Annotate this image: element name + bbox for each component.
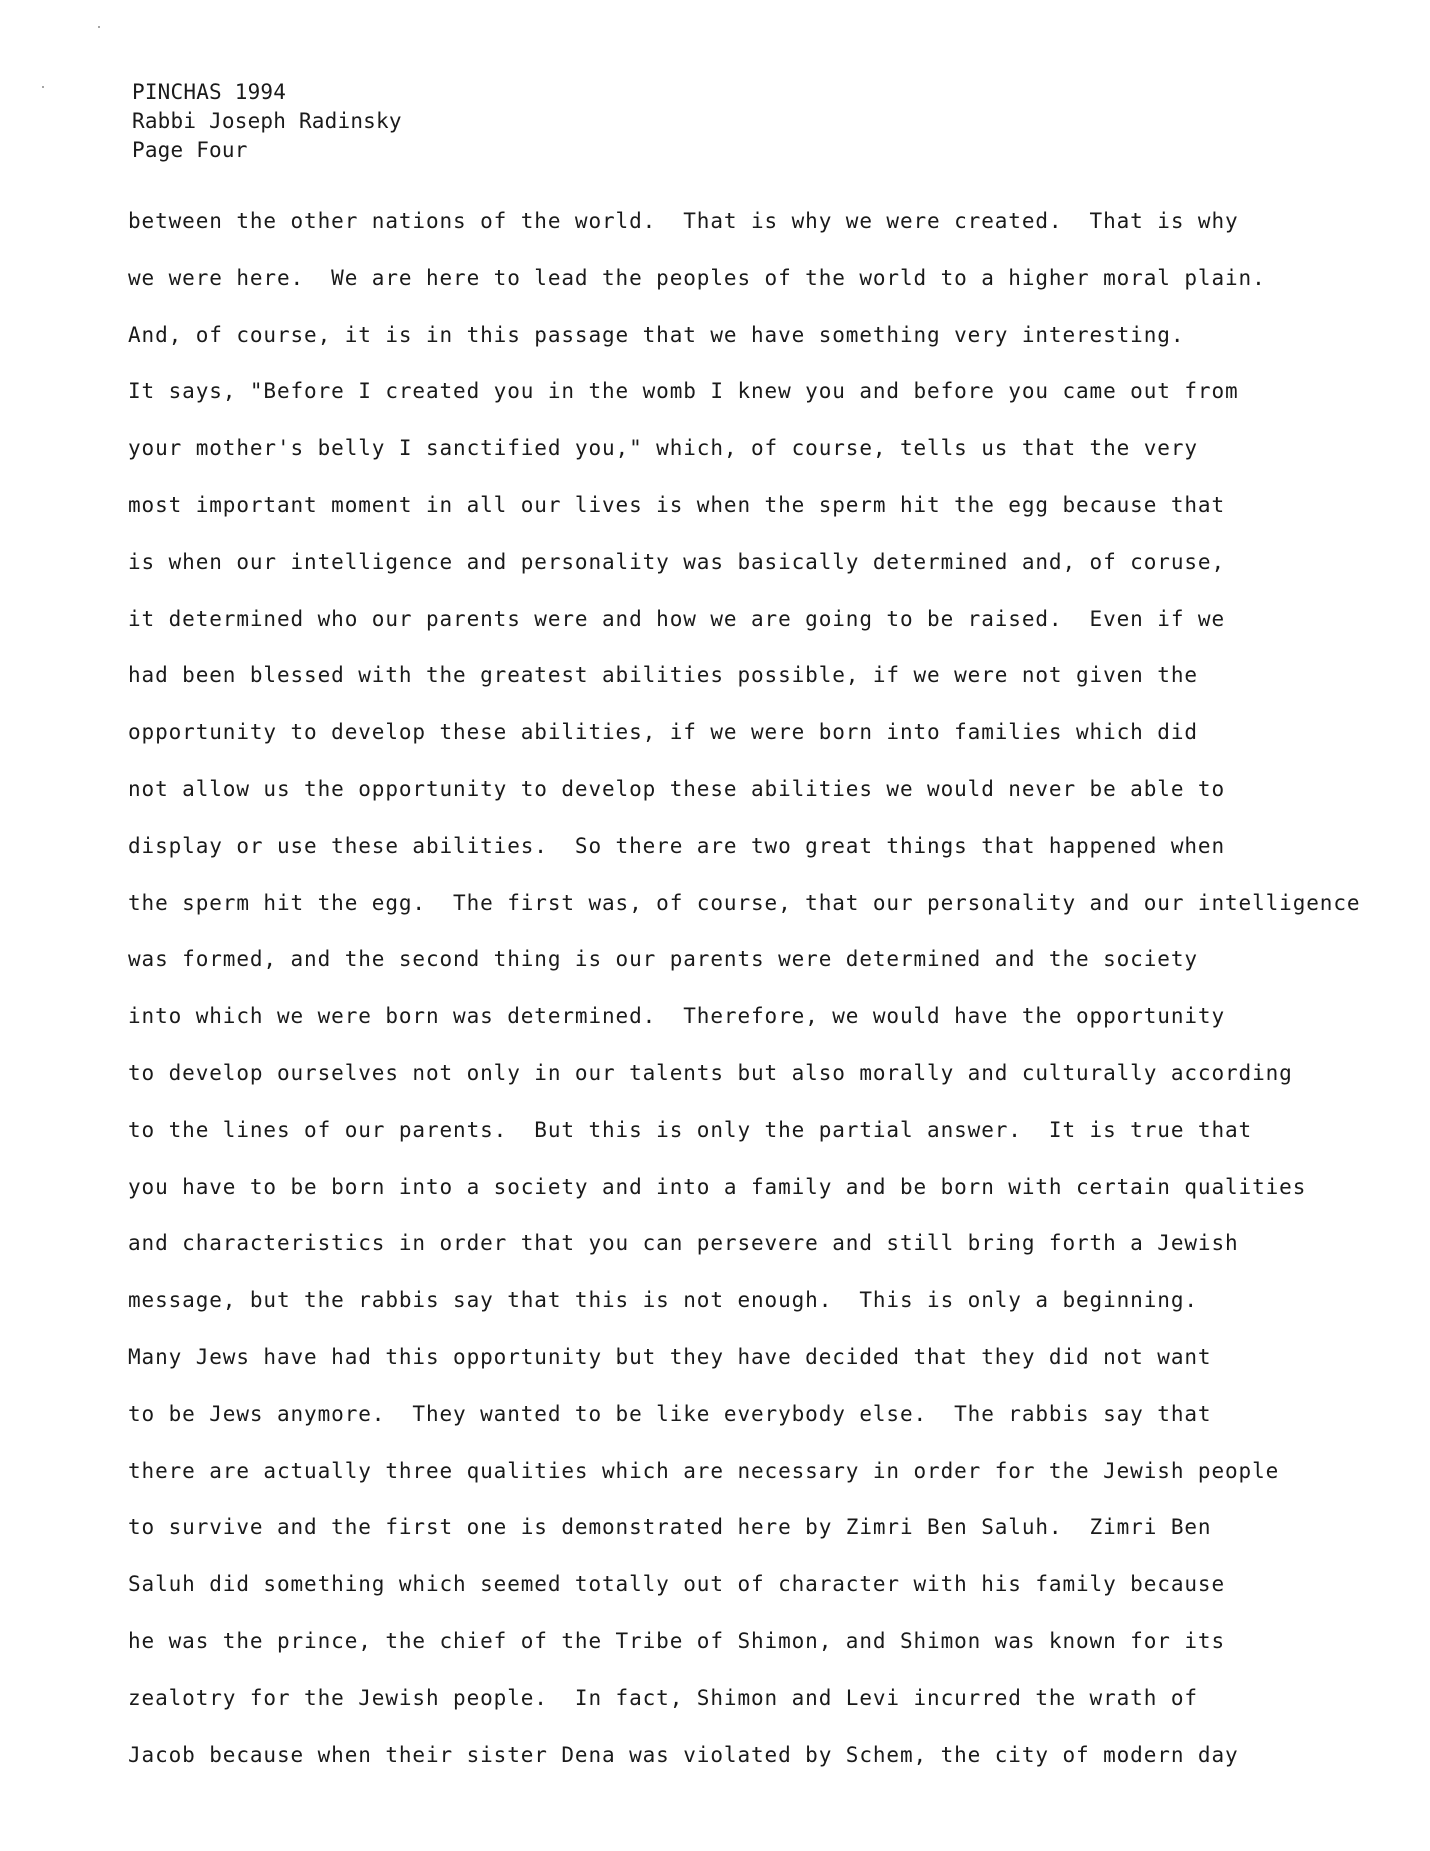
page-label: Page Four [132, 136, 402, 165]
text-line: display or use these abilities. So there… [128, 818, 1360, 875]
document-author: Rabbi Joseph Radinsky [132, 107, 402, 136]
document-title: PINCHAS 1994 [132, 78, 402, 107]
text-line: he was the prince, the chief of the Trib… [128, 1613, 1360, 1670]
text-line: opportunity to develop these abilities, … [128, 704, 1360, 761]
text-line: is when our intelligence and personality… [128, 534, 1360, 591]
document-body: between the other nations of the world. … [128, 193, 1360, 1783]
text-line: zealotry for the Jewish people. In fact,… [128, 1670, 1360, 1727]
text-line: we were here. We are here to lead the pe… [128, 250, 1360, 307]
text-line: Many Jews have had this opportunity but … [128, 1329, 1360, 1386]
text-line: to be Jews anymore. They wanted to be li… [128, 1386, 1360, 1443]
text-line: your mother's belly I sanctified you," w… [128, 420, 1360, 477]
text-line: it determined who our parents were and h… [128, 591, 1360, 648]
text-line: And, of course, it is in this passage th… [128, 307, 1360, 364]
scan-speck [98, 26, 100, 28]
text-line: between the other nations of the world. … [128, 193, 1360, 250]
text-line: to survive and the first one is demonstr… [128, 1499, 1360, 1556]
text-line: message, but the rabbis say that this is… [128, 1272, 1360, 1329]
text-line: into which we were born was determined. … [128, 988, 1360, 1045]
text-line: and characteristics in order that you ca… [128, 1215, 1360, 1272]
text-line: Saluh did something which seemed totally… [128, 1556, 1360, 1613]
text-line: not allow us the opportunity to develop … [128, 761, 1360, 818]
text-line: Jacob because when their sister Dena was… [128, 1727, 1360, 1784]
text-line: the sperm hit the egg. The first was, of… [128, 875, 1360, 932]
text-line: most important moment in all our lives i… [128, 477, 1360, 534]
document-header: PINCHAS 1994 Rabbi Joseph Radinsky Page … [132, 78, 402, 165]
text-line: you have to be born into a society and i… [128, 1159, 1360, 1216]
text-line: there are actually three qualities which… [128, 1443, 1360, 1500]
text-line: to the lines of our parents. But this is… [128, 1102, 1360, 1159]
text-line: It says, "Before I created you in the wo… [128, 363, 1360, 420]
text-line: had been blessed with the greatest abili… [128, 647, 1360, 704]
text-line: to develop ourselves not only in our tal… [128, 1045, 1360, 1102]
text-line: was formed, and the second thing is our … [128, 931, 1360, 988]
scan-speck [42, 86, 44, 88]
document-page: PINCHAS 1994 Rabbi Joseph Radinsky Page … [0, 0, 1430, 1851]
